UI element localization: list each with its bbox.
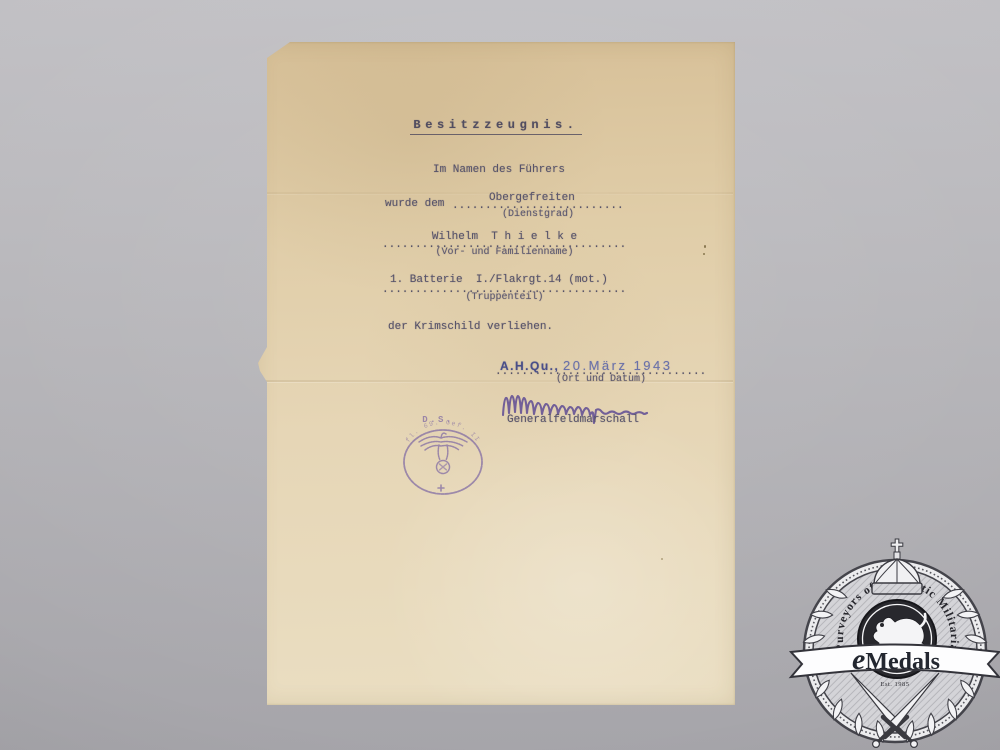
paper-speck — [703, 253, 705, 255]
stamp-arc-text: fl. 69. Gef. II — [405, 419, 482, 444]
svg-text:fl. 69. Gef. II: fl. 69. Gef. II — [405, 419, 482, 444]
unit-label: (Truppenteil) — [382, 292, 627, 303]
date-label: (Ort und Datum) — [495, 374, 707, 385]
signature-role: Generalfeldmarschall — [507, 414, 639, 426]
paper-speck — [661, 558, 663, 560]
date-stamp: 20.März 1943 — [563, 358, 673, 373]
established-text: Est. 1985 — [880, 681, 909, 688]
emedals-watermark: Purveyors of Authentic Militaria — [785, 533, 1000, 750]
award-sentence: der Krimschild verliehen. — [388, 321, 553, 333]
place-stamp: A.H.Qu., — [500, 359, 559, 373]
rank-label: (Dienstgrad) — [452, 209, 624, 220]
name-label: (Vor- und Familienname) — [382, 247, 627, 258]
document-paper: Besitzzeugnis. Im Namen des Führers wurd… — [257, 42, 735, 705]
award-prefix: wurde dem — [385, 198, 444, 210]
preamble-line: Im Namen des Führers — [433, 164, 565, 176]
document-title: Besitzzeugnis. — [257, 118, 735, 132]
paper-speck — [704, 245, 706, 248]
official-stamp: D.S. fl. 69. Gef. II — [387, 400, 499, 524]
eagle-stamp-icon — [419, 433, 467, 491]
photo-background: Besitzzeugnis. Im Namen des Führers wurd… — [0, 0, 1000, 750]
emedals-logo: Purveyors of Authentic Militaria — [785, 533, 1000, 750]
